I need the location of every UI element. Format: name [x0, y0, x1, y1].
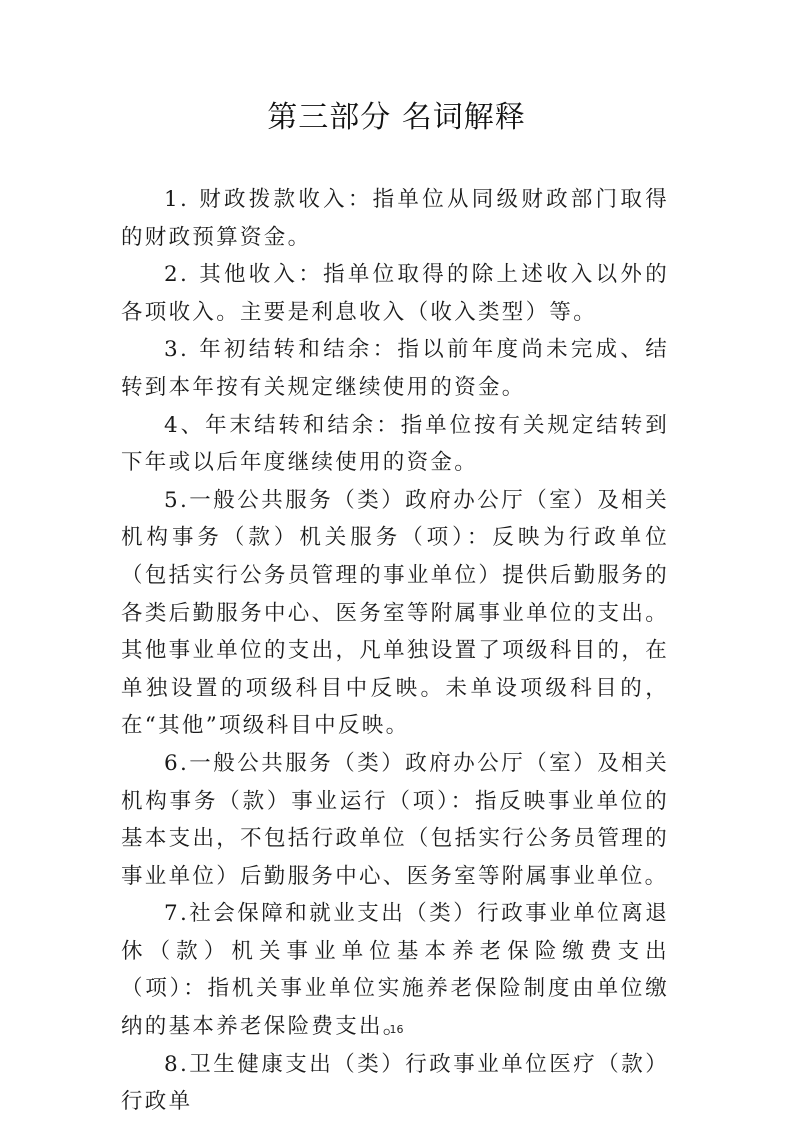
glossary-body: 1. 财政拨款收入：指单位从同级财政部门取得的财政预算资金。 2. 其他收入：指…: [121, 181, 669, 1121]
section-title: 第三部分 名词解释: [0, 98, 793, 138]
glossary-item-8: 8.卫生健康支出（类）行政事业单位医疗（款）行政单: [121, 1046, 669, 1121]
page-number: 16: [0, 1023, 793, 1036]
glossary-item-6: 6.一般公共服务（类）政府办公厅（室）及相关机构事务（款）事业运行（项）：指反映…: [121, 745, 669, 895]
glossary-item-3: 3. 年初结转和结余：指以前年度尚未完成、结转到本年按有关规定继续使用的资金。: [121, 331, 669, 406]
glossary-item-4: 4、年末结转和结余：指单位按有关规定结转到下年或以后年度继续使用的资金。: [121, 407, 669, 482]
document-page: 第三部分 名词解释 1. 财政拨款收入：指单位从同级财政部门取得的财政预算资金。…: [0, 0, 793, 1122]
glossary-item-5: 5.一般公共服务（类）政府办公厅（室）及相关机构事务（款）机关服务（项）：反映为…: [121, 482, 669, 745]
glossary-item-2: 2. 其他收入：指单位取得的除上述收入以外的各项收入。主要是利息收入（收入类型）…: [121, 256, 669, 331]
glossary-item-1: 1. 财政拨款收入：指单位从同级财政部门取得的财政预算资金。: [121, 181, 669, 256]
